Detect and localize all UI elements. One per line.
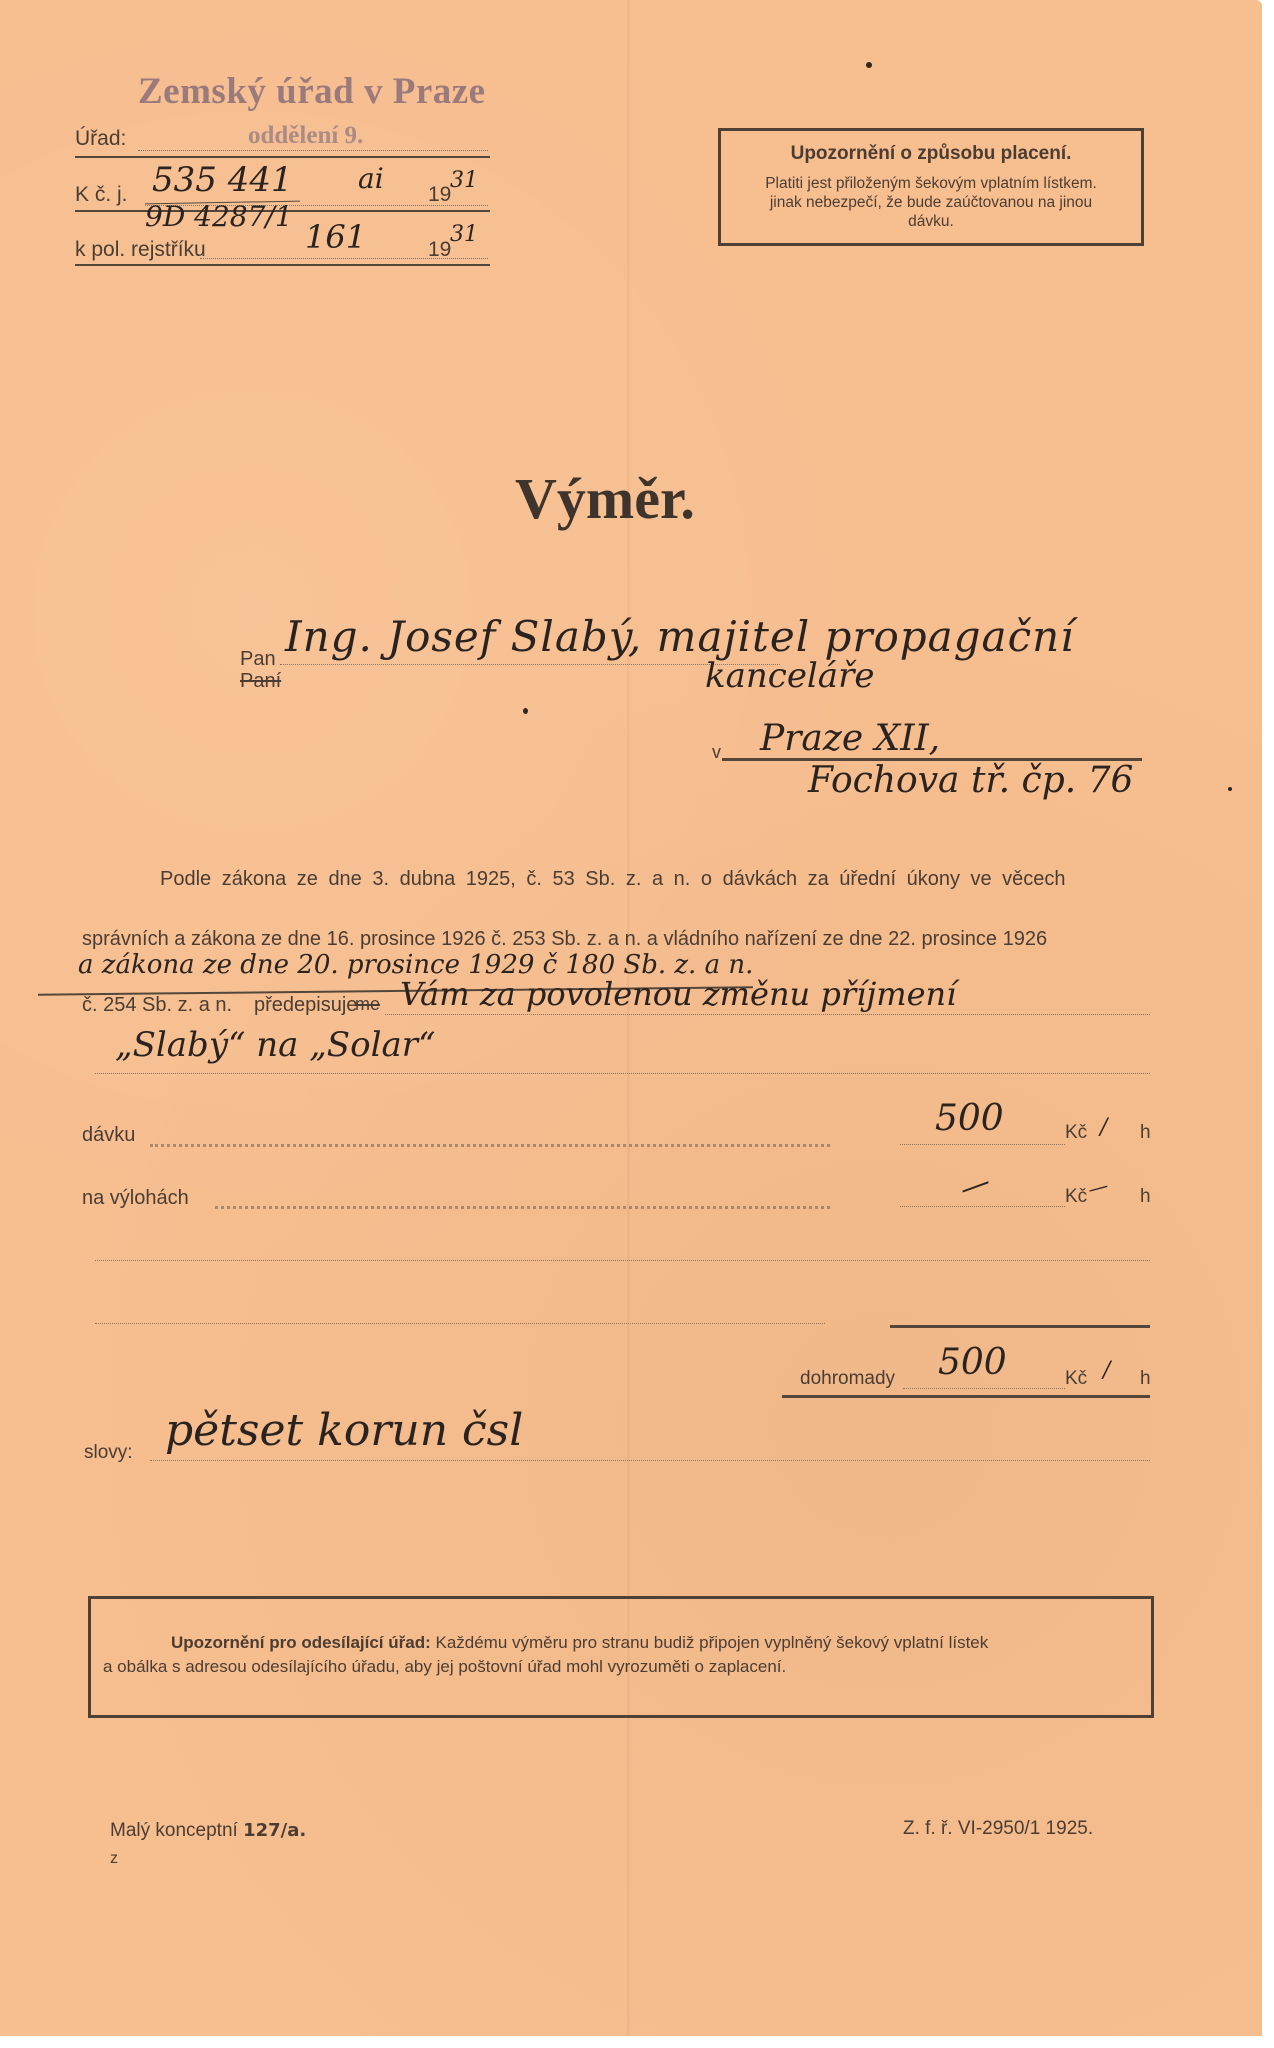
rejstrik-dotted-line (200, 258, 488, 259)
payment-notice-line3: dávku. (721, 213, 1141, 231)
payment-notice-title: Upozornění o způsobu placení. (721, 143, 1141, 165)
recipient-city: Praze XII, (760, 718, 940, 759)
kcj-value: 535 441 (152, 160, 293, 200)
extra-dotted-line-1 (95, 1260, 1150, 1261)
paragraph-line3-verb: předepisuje (254, 994, 357, 1017)
document-title: Výměr. (515, 465, 695, 532)
words-dotted-line (150, 1460, 1150, 1461)
davku-kc-label: Kč (1065, 1122, 1087, 1144)
sender-notice-lead: Upozornění pro odesílající úřad: (171, 1633, 431, 1652)
footer-form-label: Malý konceptní (110, 1820, 238, 1841)
recipient-street: Fochova tř. čp. 76 (808, 760, 1133, 801)
sender-notice-box: Upozornění pro odesílající úřad: Každému… (88, 1596, 1154, 1718)
footer-form-number: 127/a. (243, 1820, 306, 1841)
purpose-handwritten: Vám za povolenou změnu příjmení (400, 975, 956, 1013)
davku-dotted-line (150, 1144, 830, 1147)
recipient-name-continuation: kanceláře (705, 656, 874, 696)
ink-speck (1228, 787, 1232, 791)
rejstrik-rule (75, 264, 490, 266)
paragraph-line3-verb-struck: me (355, 994, 380, 1015)
davku-h-label: h (1140, 1122, 1151, 1144)
words-label: slovy: (84, 1442, 133, 1464)
total-top-rule (890, 1325, 1150, 1328)
ink-speck (523, 708, 528, 714)
davku-kc-value: 500 (935, 1098, 1004, 1139)
sender-notice-text1: Každému výměru pro stranu budiž připojen… (435, 1633, 988, 1652)
vylohy-label: na výlohách (82, 1187, 189, 1210)
footer-form-line: Malý konceptní 127/a. (110, 1820, 306, 1842)
kcj-suffix: ai (358, 162, 384, 195)
payment-notice-line2: jinak nebezpečí, že bude zaúčtovanou na … (721, 194, 1141, 212)
total-kc-label: Kč (1065, 1368, 1087, 1390)
total-amount-dotted (903, 1388, 1065, 1389)
footer-z-mark: z (110, 1850, 118, 1868)
payment-notice-line1: Platiti jest přiloženým šekovým vplatním… (721, 175, 1141, 193)
vylohy-dotted-line (215, 1206, 830, 1209)
pan-label: Pan (240, 648, 276, 671)
office-stamp: Zemský úřad v Praze (138, 70, 486, 113)
purpose-continuation-dotted-line (95, 1073, 1150, 1074)
vylohy-amount-dotted (900, 1206, 1065, 1207)
sender-notice-text2: a obálka s adresou odesílajícího úřadu, … (103, 1657, 786, 1677)
paragraph-line3-prefix: č. 254 Sb. z. a n. (82, 994, 232, 1017)
kcj-struck-value: 9D 4287/1 (145, 200, 293, 233)
ink-speck (866, 62, 872, 68)
footer-form-code: Z. f. ř. VI-2950/1 1925. (903, 1818, 1093, 1840)
vylohy-kc-label: Kč (1065, 1186, 1087, 1208)
document-paper: Zemský úřad v Praze oddělení 9. Úřad: K … (0, 0, 1262, 2036)
words-value: pětset korun čsl (165, 1405, 523, 1456)
total-h-label: h (1140, 1368, 1151, 1390)
urad-label: Úřad: (75, 127, 126, 151)
urad-dotted-line (138, 150, 488, 151)
purpose-dotted-line (385, 1014, 1150, 1015)
rejstrik-label: k pol. rejstříku (75, 238, 206, 262)
paragraph-line2: správních a zákona ze dne 16. prosince 1… (82, 928, 1047, 951)
total-h-value: / (1103, 1358, 1110, 1383)
vylohy-h-label: h (1140, 1186, 1151, 1208)
payment-notice-box: Upozornění o způsobu placení. Platiti je… (718, 128, 1144, 246)
purpose-continuation: „Slabý“ na „Solar“ (115, 1025, 435, 1065)
kcj-year-prefix: 19 (428, 183, 451, 207)
davku-label: dávku (82, 1124, 135, 1147)
extra-dotted-line-2 (95, 1323, 825, 1324)
kcj-year: 31 (450, 168, 478, 193)
recipient-name: Ing. Josef Slabý, majitel propagační (285, 612, 1075, 661)
total-bottom-rule (782, 1395, 1150, 1398)
rejstrik-value: 161 (305, 218, 366, 256)
vylohy-kc-value: — (955, 1164, 995, 1207)
rejstrik-year: 31 (450, 222, 478, 247)
paragraph-line1: Podle zákona ze dne 3. dubna 1925, č. 53… (160, 868, 1066, 891)
vylohy-h-value: — (1085, 1173, 1111, 1201)
pani-label-struck: Paní (240, 670, 281, 693)
total-label: dohromady (800, 1368, 895, 1390)
davku-amount-dotted (900, 1144, 1065, 1145)
sender-notice-line1: Upozornění pro odesílající úřad: Každému… (171, 1633, 988, 1653)
total-kc-value: 500 (938, 1342, 1007, 1383)
kcj-label: K č. j. (75, 183, 128, 207)
department-stamp: oddělení 9. (248, 122, 363, 150)
davku-h-value: / (1100, 1115, 1107, 1140)
v-label: v (712, 742, 721, 763)
urad-rule (75, 156, 490, 158)
